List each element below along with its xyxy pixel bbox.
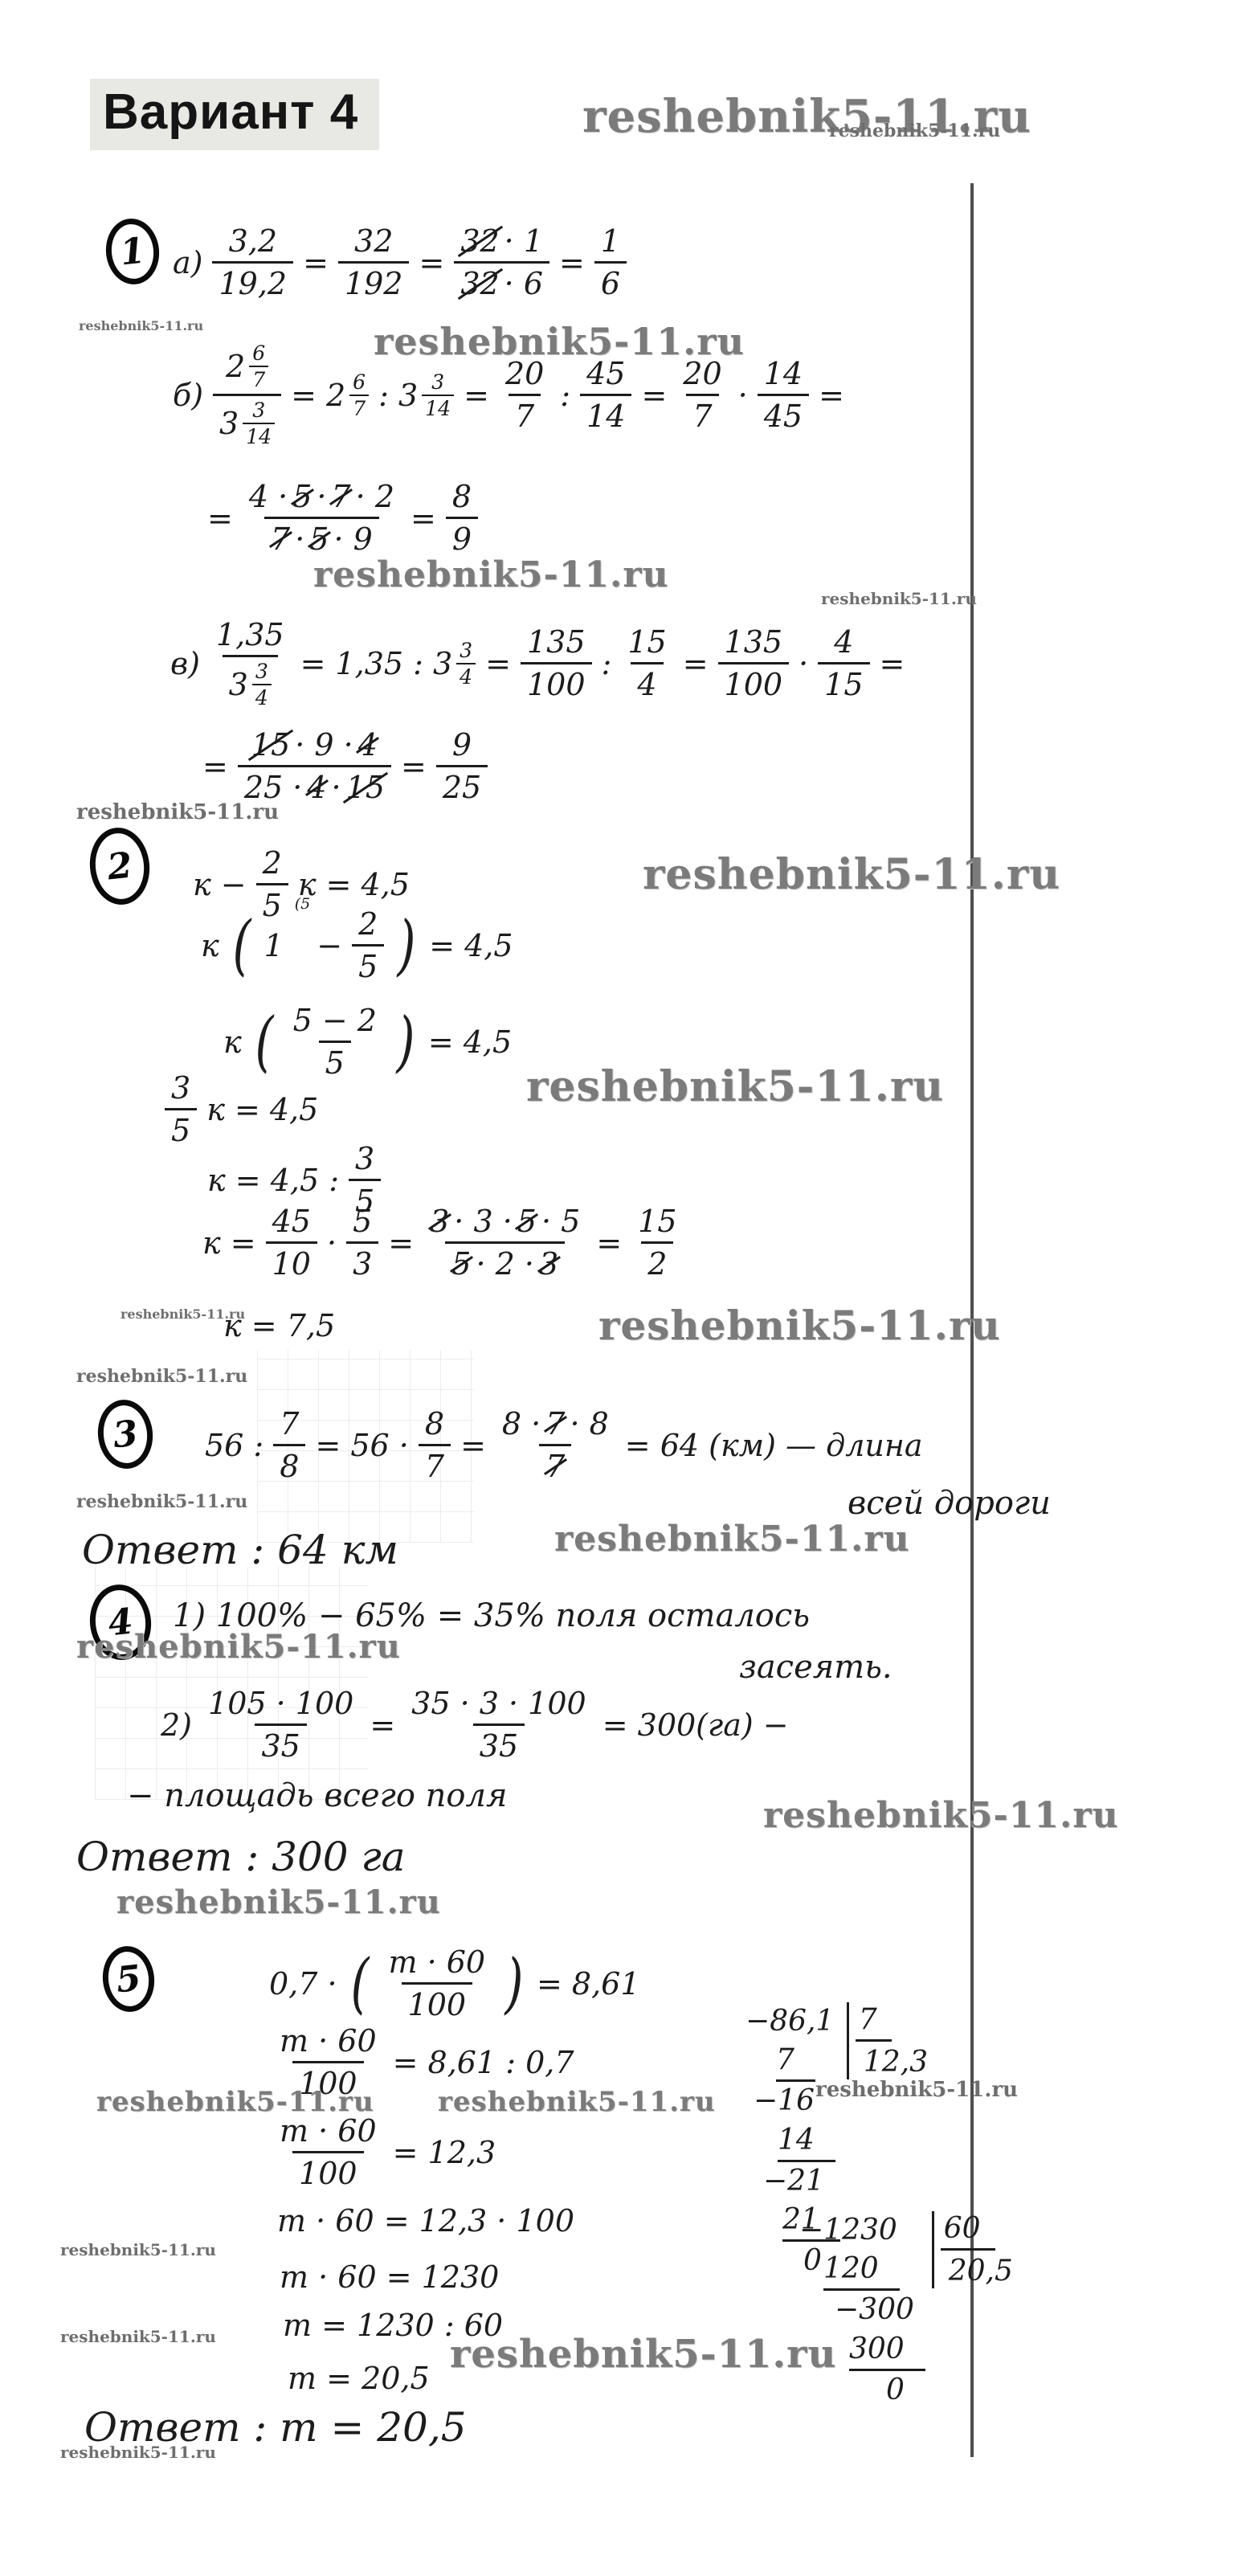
mixed-number: 334: [433, 639, 476, 689]
handwritten-text: 135: [527, 624, 586, 660]
fraction: 3,219,2: [212, 223, 293, 301]
fraction: 1445: [758, 356, 809, 434]
handwritten-text: 56 :: [205, 1428, 263, 1463]
division-column: −1230120−3003000: [799, 2211, 925, 2410]
handwritten-text: 7: [515, 399, 534, 434]
cancelled-factor: 3: [539, 1246, 558, 1282]
fraction: 152: [631, 1204, 683, 1282]
fraction: 925: [436, 727, 488, 805]
handwritten-text: 135: [725, 624, 783, 660]
handwritten-text: ·: [738, 378, 748, 413]
handwritten-text: 4 ·: [249, 479, 288, 514]
math-line: к(5 − 25)= 4,5: [223, 1003, 512, 1081]
cancelled-factor: 5: [451, 1246, 471, 1282]
handwritten-text: m = 20,5: [288, 2361, 430, 2396]
math-line: засеять.: [739, 1649, 893, 1686]
quotient: 20,5: [941, 2251, 1015, 2288]
fraction: 32192: [338, 223, 410, 301]
handwritten-text: к =: [202, 1225, 256, 1261]
mixed-number: 3314: [398, 370, 454, 420]
handwritten-text: 3: [460, 639, 472, 662]
handwritten-text: 15: [627, 624, 666, 660]
cancelled-factor: 5: [517, 1204, 537, 1239]
handwritten-text: к: [201, 928, 219, 963]
handwritten-text: всей дороги: [848, 1485, 1051, 1522]
handwritten-text: =: [370, 1707, 395, 1743]
mixed-number: 334: [229, 660, 272, 709]
fraction: 2673314: [213, 341, 281, 448]
handwritten-text: 7: [280, 1406, 299, 1441]
divisor-quotient: 712,3: [847, 2002, 929, 2079]
handwritten-text: 9: [452, 727, 472, 763]
handwritten-text: ·: [799, 646, 808, 681]
handwritten-text: =: [202, 749, 228, 784]
handwritten-text: · 3 ·: [454, 1204, 513, 1239]
math-line: 56 :78= 56 ·87=8 ·7· 87= 64 (км) — длина: [205, 1406, 923, 1484]
divisor-quotient: 6020,5: [932, 2211, 1015, 2288]
watermark: reshebnik5-11.ru: [313, 554, 669, 595]
watermark: reshebnik5-11.ru: [60, 2327, 216, 2346]
watermark: reshebnik5-11.ru: [821, 589, 977, 608]
handwritten-text: 45: [586, 356, 625, 391]
handwritten-text: 2): [161, 1707, 192, 1743]
handwritten-text: 35 · 3 · 100: [411, 1686, 586, 1721]
cancelled-factor: 3: [430, 1204, 449, 1239]
fraction: 78: [273, 1406, 305, 1484]
fraction: 1,35334: [210, 617, 291, 709]
handwritten-text: 4: [834, 624, 853, 660]
long-division: −1230120−30030006020,5: [799, 2211, 1015, 2410]
fraction: 415: [818, 624, 869, 702]
handwritten-text: 4: [637, 667, 656, 702]
handwritten-text: к = 4,5: [206, 1092, 318, 1127]
handwritten-text: ·: [327, 1225, 337, 1261]
handwritten-text: 14: [425, 397, 451, 420]
mixed-number: 3314: [219, 399, 275, 448]
fraction: 16: [594, 223, 627, 301]
answer-line: Ответ : 64 км: [82, 1527, 398, 1573]
problem-number: 2: [86, 824, 153, 907]
watermark: reshebnik5-11.ru: [643, 850, 1060, 899]
handwritten-text: 14: [246, 425, 272, 448]
fraction: 67: [349, 370, 369, 420]
handwritten-text: =: [291, 378, 317, 413]
handwritten-text: 7: [425, 1449, 444, 1484]
handwritten-text: 4: [255, 686, 268, 709]
fraction: 34: [456, 639, 476, 689]
math-line: =15· 9 ·425 ·4·15=925: [202, 727, 488, 805]
handwritten-text: m · 60 = 12,3 · 100: [277, 2203, 574, 2239]
handwritten-text: 1: [264, 928, 284, 963]
handwritten-text: ·: [332, 770, 341, 805]
handwritten-text: =: [559, 245, 585, 280]
watermark: reshebnik5-11.ru: [76, 800, 279, 824]
handwritten-text: к = 7,5: [223, 1308, 335, 1343]
divisor: 60: [941, 2211, 995, 2251]
handwritten-text: = 56 ·: [315, 1428, 408, 1463]
fraction: 5 − 25: [287, 1003, 383, 1081]
math-line: б)2673314=267:3314=207:4514=207·1445=: [173, 341, 844, 448]
handwritten-text: 0,7 ·: [269, 1966, 337, 2002]
fraction: 89: [446, 479, 478, 557]
handwritten-text: =: [880, 646, 905, 681]
handwritten-text: m · 60: [280, 2113, 377, 2149]
handwritten-text: · 9: [333, 521, 372, 557]
fraction: 207: [676, 356, 728, 434]
handwritten-text: · 9 ·: [295, 727, 353, 763]
handwritten-text: 35: [480, 1728, 518, 1764]
handwritten-text: б): [173, 378, 203, 413]
fraction: m · 60100: [273, 2113, 383, 2191]
handwritten-text: 5 − 2: [293, 1003, 377, 1038]
fraction: 32· 132· 6: [454, 223, 549, 301]
handwritten-text: Ответ : 300 га: [76, 1834, 406, 1880]
handwritten-text: :: [560, 378, 570, 413]
handwritten-text: к −: [193, 867, 247, 902]
handwritten-text: 6: [252, 341, 265, 365]
handwritten-text: =: [207, 501, 233, 536]
handwritten-text: ·: [295, 521, 304, 557]
division-row: −21: [763, 2162, 824, 2201]
handwritten-text: 3: [353, 1246, 372, 1282]
fraction: 87: [419, 1406, 451, 1484]
handwritten-text: :: [378, 378, 389, 413]
handwritten-text: 105 · 100: [208, 1686, 353, 1721]
handwritten-text: 10: [272, 1246, 311, 1282]
watermark: reshebnik5-11.ru: [76, 1628, 401, 1666]
problem-number: 5: [100, 1944, 157, 2014]
division-row: 0: [886, 2371, 905, 2410]
handwritten-text: 3: [255, 660, 268, 683]
division-row: −300: [835, 2291, 914, 2329]
math-line: m · 60 = 1230: [280, 2259, 499, 2295]
mixed-number: 267: [226, 341, 268, 391]
handwritten-text: =: [641, 378, 667, 413]
answer-line: Ответ : 300 га: [76, 1834, 406, 1880]
cancelled-factor: 4: [358, 727, 378, 763]
fraction: 314: [243, 399, 275, 448]
handwritten-text: · 6: [504, 266, 543, 301]
superscript-note: (5: [295, 895, 311, 913]
fraction: 35: [165, 1070, 197, 1148]
scanned-worksheet-page: Вариант 4 reshebnik5-11.ru reshebnik5-11…: [0, 0, 1254, 2576]
handwritten-text: 20: [505, 356, 544, 391]
handwritten-text: · 2 ·: [476, 1246, 534, 1282]
cancelled-factor: 32: [460, 223, 499, 259]
watermark: reshebnik5-11.ru: [116, 1883, 441, 1921]
math-line: a)3,219,2=32192=32· 132· 6=16: [173, 223, 627, 301]
fraction: 35 · 3 · 10035: [405, 1686, 593, 1764]
big-paren: ): [396, 1017, 415, 1066]
watermark: reshebnik5-11.ru: [60, 2443, 216, 2462]
handwritten-text: к: [223, 1024, 242, 1060]
fraction: 314: [422, 370, 454, 420]
handwritten-text: засеять.: [739, 1649, 893, 1686]
cancelled-factor: 7: [331, 479, 350, 514]
cancelled-factor: 7: [545, 1406, 565, 1441]
handwritten-text: 14: [586, 399, 625, 434]
handwritten-text: =: [303, 245, 329, 280]
big-paren: (: [232, 921, 251, 970]
watermark: reshebnik5-11.ru: [554, 1519, 910, 1560]
handwritten-text: a): [173, 245, 202, 280]
handwritten-text: 14: [764, 356, 803, 391]
header: Вариант 4: [90, 79, 379, 150]
handwritten-text: 100: [725, 667, 783, 702]
divisor: 7: [856, 2002, 892, 2042]
math-line: в)1,35334= 1,35 :334=135100:154=135100·4…: [170, 617, 905, 709]
handwritten-text: 100: [527, 667, 586, 702]
handwritten-text: 3,2: [229, 223, 277, 259]
handwritten-text: 15: [638, 1204, 676, 1239]
handwritten-text: 20: [683, 356, 721, 391]
handwritten-text: · 2: [356, 479, 394, 514]
cancelled-factor: 4: [307, 770, 326, 805]
watermark: reshebnik5-11.ru: [526, 1062, 944, 1111]
division-row: 300: [849, 2330, 925, 2371]
handwritten-text: =: [411, 501, 436, 536]
handwritten-text: =: [464, 378, 489, 413]
handwritten-text: = 4,5: [428, 1024, 512, 1060]
handwritten-text: 6: [353, 370, 366, 394]
fraction: 4510: [266, 1204, 317, 1282]
handwritten-text: 3: [252, 399, 265, 422]
fraction: 4 ·5·7· 27·5· 9: [243, 479, 401, 557]
handwritten-text: 7: [692, 399, 712, 434]
fraction: 25: [352, 906, 384, 984]
handwritten-text: 35: [261, 1728, 300, 1764]
watermark: reshebnik5-11.ru: [79, 318, 203, 333]
division-row: −1230: [799, 2211, 897, 2250]
fraction: 207: [499, 356, 550, 434]
handwritten-text: 3: [355, 1141, 374, 1176]
handwritten-text: m · 60 = 1230: [280, 2259, 499, 2295]
big-paren: ): [398, 921, 416, 970]
handwritten-text: 2: [647, 1246, 667, 1282]
handwritten-text: 5: [325, 1045, 345, 1081]
cancelled-factor: 7: [271, 521, 290, 557]
math-line: 35к = 4,5: [165, 1070, 318, 1148]
handwritten-text: =: [460, 1428, 486, 1463]
handwritten-text: 192: [345, 266, 403, 301]
big-paren: (: [255, 1017, 273, 1066]
handwritten-text: Ответ : 64 км: [82, 1527, 398, 1573]
fraction: 3· 3 ·5· 55· 2 ·3: [423, 1204, 586, 1282]
cancelled-factor: 15: [346, 770, 385, 805]
watermark: reshebnik5-11.ru: [76, 1366, 247, 1387]
handwritten-text: 6: [601, 266, 620, 301]
handwritten-text: =: [419, 245, 444, 280]
handwritten-text: 8: [280, 1449, 299, 1484]
handwritten-text: 1,35: [216, 617, 284, 652]
watermark: reshebnik5-11.ru: [60, 2240, 216, 2259]
division-row: 14: [778, 2121, 835, 2162]
fraction: 15· 9 ·425 ·4·15: [238, 727, 391, 805]
watermark: reshebnik5-11.ru: [815, 2078, 1018, 2102]
quotient: 12,3: [856, 2042, 929, 2079]
page-title: Вариант 4: [90, 79, 379, 150]
math-line: − площадь всего поля: [127, 1777, 507, 1814]
handwritten-text: 15: [824, 667, 863, 702]
handwritten-text: 100: [408, 1987, 467, 2022]
handwritten-text: 2: [358, 906, 378, 942]
math-line: 2)105 · 10035=35 · 3 · 10035= 300(га) −: [161, 1686, 789, 1764]
big-paren: (: [350, 1959, 369, 2008]
fraction: 135100: [521, 624, 592, 702]
handwritten-text: = 1,35 :: [300, 646, 423, 681]
handwritten-text: к = 4,5 :: [207, 1163, 339, 1198]
handwritten-text: :: [602, 646, 612, 681]
problem-number: 3: [95, 1397, 157, 1472]
handwritten-text: 7: [353, 397, 366, 420]
big-paren: ): [505, 1959, 524, 2008]
handwritten-text: 2: [263, 845, 282, 881]
handwritten-text: 7: [252, 368, 265, 391]
handwritten-text: · 1: [504, 223, 543, 259]
handwritten-text: =: [388, 1225, 414, 1261]
math-line: m = 20,5: [288, 2361, 430, 2396]
watermark: reshebnik5-11.ru: [829, 121, 1000, 141]
handwritten-text: · 5: [541, 1204, 580, 1239]
handwritten-text: = 8,61 : 0,7: [393, 2045, 574, 2080]
handwritten-text: ·: [317, 479, 326, 514]
fraction: 34: [252, 660, 272, 709]
handwritten-text: = 64 (км) — длина: [625, 1428, 923, 1463]
cancelled-factor: 5: [309, 521, 329, 557]
watermark: reshebnik5-11.ru: [598, 1302, 1001, 1349]
handwritten-text: · 8: [570, 1406, 608, 1441]
handwritten-text: =: [683, 646, 709, 681]
math-line: к(1(5−25)= 4,5: [201, 906, 513, 984]
handwritten-text: 5: [358, 949, 378, 984]
handwritten-text: m · 60: [280, 2023, 377, 2059]
handwritten-text: 8: [425, 1406, 444, 1441]
fraction: 53: [346, 1204, 378, 1282]
cancelled-factor: 7: [545, 1449, 565, 1484]
math-line: всей дороги: [848, 1485, 1051, 1522]
handwritten-text: 8 ·: [502, 1406, 541, 1441]
fraction: 154: [621, 624, 672, 702]
handwritten-text: 8: [452, 479, 472, 514]
handwritten-text: 45: [272, 1204, 311, 1239]
watermark: reshebnik5-11.ru: [76, 1491, 247, 1512]
handwritten-text: 19,2: [219, 266, 287, 301]
handwritten-text: 1: [601, 223, 620, 259]
fraction: 8 ·7· 87: [496, 1406, 615, 1484]
handwritten-text: в): [170, 646, 200, 681]
handwritten-text: − площадь всего поля: [127, 1777, 507, 1814]
math-line: m · 60100= 12,3: [273, 2113, 496, 2191]
division-row: 120: [823, 2250, 900, 2291]
handwritten-text: 5: [353, 1204, 372, 1239]
fraction: 67: [249, 341, 268, 391]
watermark: reshebnik5-11.ru: [450, 2332, 836, 2377]
math-line: 0,7 ·(m · 60100)= 8,61: [269, 1944, 640, 2022]
division-row: −16: [754, 2082, 815, 2120]
handwritten-text: =: [401, 749, 427, 784]
fraction: 4514: [580, 356, 631, 434]
division-row: −86,1: [745, 2002, 834, 2041]
problem-number: 1: [103, 216, 162, 287]
handwritten-text: −: [317, 928, 342, 963]
handwritten-text: 4: [460, 665, 472, 689]
handwritten-text: 5: [171, 1113, 190, 1148]
cancelled-factor: 32: [460, 266, 499, 301]
mixed-number: 267: [326, 370, 369, 420]
math-line: m · 60 = 12,3 · 100: [277, 2203, 574, 2239]
handwritten-text: 25: [443, 770, 481, 805]
handwritten-text: = 12,3: [393, 2135, 496, 2170]
math-line: к = 7,5: [223, 1308, 335, 1343]
handwritten-text: = 4,5: [429, 928, 513, 963]
cancelled-factor: 15: [251, 727, 290, 763]
handwritten-text: =: [819, 378, 844, 413]
handwritten-text: = 300(га) −: [602, 1707, 789, 1743]
math-line: к =4510·53=3· 3 ·5· 55· 2 ·3=152: [202, 1204, 684, 1282]
handwritten-text: 3: [171, 1070, 190, 1106]
handwritten-text: 45: [764, 399, 803, 434]
handwritten-text: = 8,61: [537, 1966, 640, 2002]
handwritten-text: =: [485, 646, 511, 681]
fraction: m · 60100: [382, 1944, 492, 2022]
fraction: 135100: [718, 624, 790, 702]
handwritten-text: 32: [354, 223, 393, 259]
handwritten-text: 100: [299, 2156, 357, 2191]
handwritten-text: =: [596, 1225, 622, 1261]
watermark: reshebnik5-11.ru: [763, 1795, 1119, 1836]
division-row: 7: [776, 2041, 815, 2082]
math-line: =4 ·5·7· 27·5· 9=89: [207, 479, 478, 557]
handwritten-text: m · 60: [388, 1944, 485, 1980]
cancelled-factor: 5: [292, 479, 312, 514]
handwritten-text: 3: [431, 370, 444, 394]
fraction: 105 · 10035: [202, 1686, 360, 1764]
handwritten-text: 9: [452, 521, 472, 557]
handwritten-text: к = 4,5: [298, 867, 410, 902]
